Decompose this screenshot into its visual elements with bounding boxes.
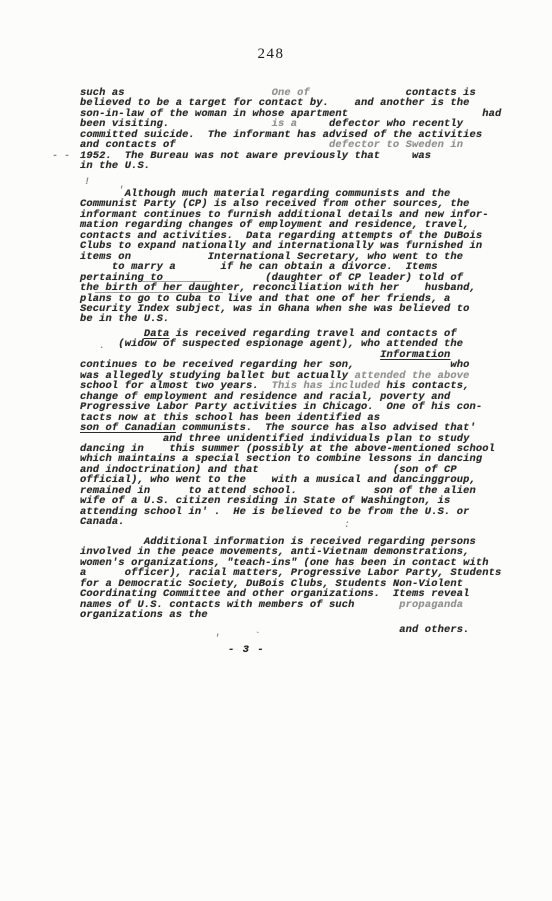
- stray-mark: :: [344, 520, 350, 531]
- page-footer: - 3 -: [228, 644, 265, 656]
- document-page: 248 such as One of contacts isbelieved t…: [0, 0, 552, 901]
- text-line: and others.: [80, 625, 501, 635]
- paragraph: Additional information is received regar…: [80, 537, 501, 635]
- text-segment: This has included: [272, 380, 381, 392]
- text-line: be in the U.S.: [80, 314, 489, 324]
- text-segment: be in the U.S.: [80, 313, 169, 325]
- smudge-line: [142, 281, 212, 282]
- stray-mark: .: [99, 341, 105, 352]
- text-line: in the U.S.: [80, 161, 501, 171]
- text-segment: propaganda: [399, 599, 463, 611]
- text-segment: organizations as the: [80, 609, 208, 621]
- text-segment: is a: [272, 118, 298, 130]
- stray-mark: `: [254, 632, 260, 643]
- paragraph: Although much material regarding communi…: [80, 189, 489, 325]
- paragraph: Data is received regarding travel and co…: [80, 329, 495, 528]
- text-segment: attending school in' . He is believed to…: [80, 506, 470, 518]
- stray-mark: !: [84, 177, 90, 188]
- text-line: attending school in' . He is believed to…: [80, 507, 495, 517]
- text-segment: and others.: [80, 624, 470, 636]
- stray-mark: - -: [52, 151, 70, 162]
- text-line: organizations as the: [80, 610, 501, 620]
- text-line: Canada.: [80, 517, 495, 527]
- smudge-line: [95, 292, 223, 293]
- stray-mark: ': [214, 634, 220, 645]
- stray-mark: ': [118, 186, 124, 197]
- text-segment: Canada.: [80, 516, 125, 528]
- text-segment: One of: [272, 87, 310, 99]
- text-segment: in the U.S.: [80, 160, 150, 172]
- paragraph: such as One of contacts isbelieved to be…: [80, 88, 501, 172]
- text-segment: defector to Sweden in: [329, 139, 463, 151]
- page-number: 248: [0, 46, 542, 63]
